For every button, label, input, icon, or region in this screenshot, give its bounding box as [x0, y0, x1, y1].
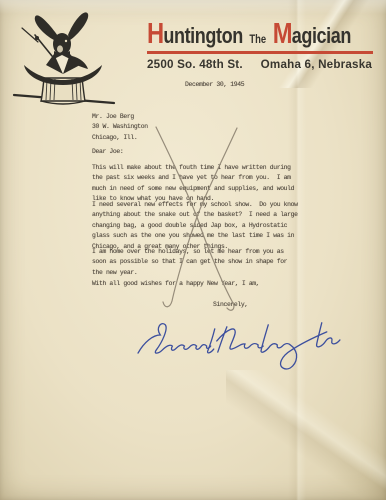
- brand-the: The: [249, 35, 266, 47]
- recipient-address: Mr. Joe Berg 30 W. Washington Chicago, I…: [92, 112, 148, 143]
- paper-crease: [226, 370, 386, 500]
- signature-howard-huntington: [134, 312, 348, 374]
- letterhead-address: 2500 So. 48th St. Omaha 6, Nebraska: [147, 57, 372, 71]
- brand-initial-h: H: [147, 20, 163, 49]
- closing: Sincerely,: [213, 300, 248, 310]
- letter-date: December 30, 1945: [185, 80, 244, 90]
- brand-initial-m: M: [273, 20, 292, 49]
- paragraph-4: With all good wishes for a happy New Yea…: [92, 279, 259, 289]
- brand-name-part: agician: [292, 25, 351, 47]
- brand-name-part: untington: [163, 25, 242, 47]
- magician-rabbit-top-hat-icon: [10, 8, 118, 108]
- paragraph-3: I am home over the holidays, so let me h…: [92, 247, 287, 278]
- red-divider-rule: [147, 51, 373, 54]
- city-address: Omaha 6, Nebraska: [261, 57, 372, 71]
- paragraph-1: This will make about the fouth time I ha…: [92, 163, 294, 205]
- street-address: 2500 So. 48th St.: [147, 57, 243, 71]
- brand-title: HuntingtonTheMagician: [147, 20, 377, 49]
- salutation: Dear Joe:: [92, 147, 123, 157]
- paragraph-2: I need several new effects for my school…: [92, 200, 298, 252]
- letter-document: HuntingtonTheMagician 2500 So. 48th St. …: [0, 0, 386, 500]
